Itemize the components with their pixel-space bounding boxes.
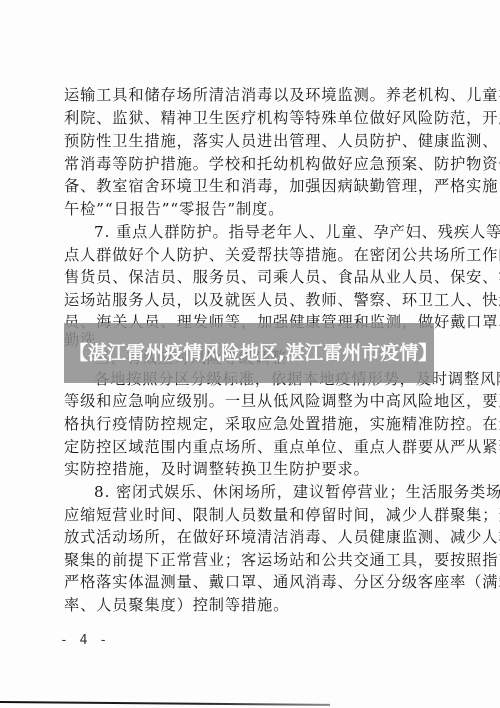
page-bottom-edge-divider: [0, 701, 330, 706]
body-line: 常消毒等防护措施。学校和托幼机构做好应急预案、防护物资储: [64, 155, 444, 173]
section-8-heading-line: 8. 密闭式娱乐、休闲场所，建议暂停营业；生活服务类场所，: [94, 483, 444, 501]
body-line: 售货员、保洁员、服务员、司乘人员、食品从业人员、保安、客: [64, 268, 444, 286]
document-page: 运输工具和储存场所清洁消毒以及环境监测。养老机构、儿童福 利院、监狱、精神卫生医…: [0, 0, 500, 708]
body-line: 等级和应急响应级别。一旦从低风险调整为中高风险地区，要严: [64, 392, 444, 410]
body-line: 应缩短营业时间、限制人员数量和停留时间，减少人群聚集；开: [64, 506, 444, 524]
section-7-heading-line: 7. 重点人群防护。指导老年人、儿童、孕产妇、残疾人等重: [94, 223, 444, 241]
banner-title: 【湛江雷州疫情风险地区,湛江雷州市疫情】: [69, 341, 429, 365]
body-line: 运场站服务人员，以及就医人员、教师、警察、环卫工人、快递: [64, 291, 444, 309]
body-line: 运输工具和储存场所清洁消毒以及环境监测。养老机构、儿童福: [64, 86, 444, 104]
body-line: 定防控区域范围内重点场所、重点单位、重点人群要从严从紧落: [64, 438, 444, 456]
body-line: 利院、监狱、精神卫生医疗机构等特殊单位做好风险防范，开展: [64, 109, 444, 127]
body-line: 实防控措施，及时调整转换卫生防护要求。: [64, 460, 444, 478]
body-line: 预防性卫生措施，落实人员进出管理、人员防护、健康监测、日: [64, 132, 444, 150]
body-line: 率、人员聚集度）控制等措施。: [64, 596, 444, 614]
body-line: 点人群做好个人防护、关爱帮扶等措施。在密闭公共场所工作的: [64, 246, 444, 264]
body-line: 严格落实体温测量、戴口罩、通风消毒、分区分级客座率（满载: [64, 573, 444, 591]
page-number: - 4 -: [60, 633, 109, 648]
body-line: 午检”“日报告”“零报告”制度。: [64, 200, 444, 218]
body-line: 放式活动场所，在做好环境清洁消毒、人员健康监测、减少人群: [64, 528, 444, 546]
body-line: 备、教室宿舍环境卫生和消毒，加强因病缺勤管理，严格实施“晨: [64, 177, 444, 195]
body-line: 聚集的前提下正常营业；客运场站和公共交通工具，要按照指南: [64, 551, 444, 569]
title-overlay-banner: 【湛江雷州疫情风险地区,湛江雷州市疫情】: [64, 323, 434, 383]
body-line: 格执行疫情防控规定，采取应急处置措施，实施精准防控。在划: [64, 415, 444, 433]
